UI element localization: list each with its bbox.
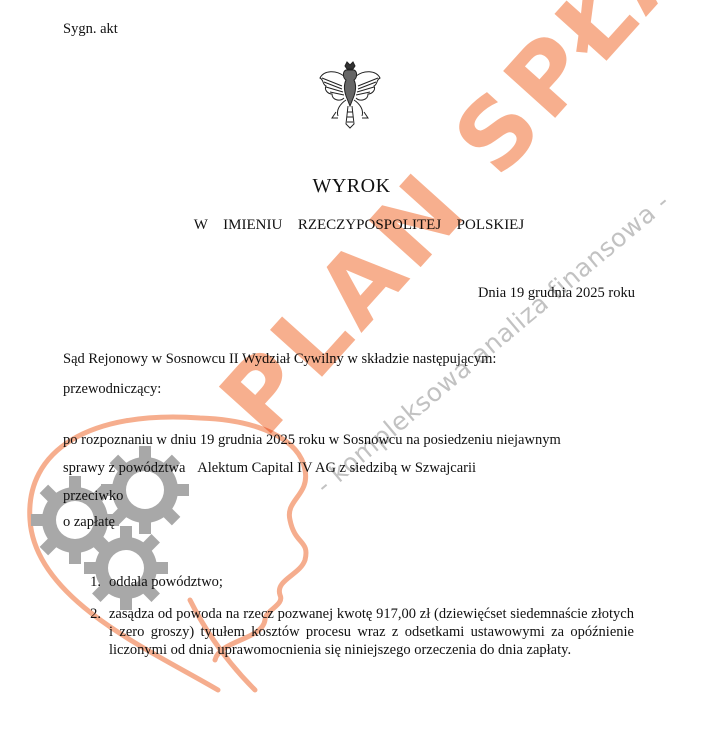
case-subject: o zapłatę: [63, 513, 115, 531]
ruling-text: zasądza od powoda na rzecz pozwanej kwot…: [109, 606, 634, 658]
case-number-label: Sygn. akt: [63, 20, 118, 38]
case-parties: sprawy z powództwa Alektum Capital IV AG…: [63, 459, 476, 477]
ruling-text: oddala powództwo;: [109, 574, 223, 590]
proceedings-line: po rozpoznaniu w dniu 19 grudnia 2025 ro…: [63, 431, 561, 449]
court-composition: Sąd Rejonowy w Sosnowcu II Wydział Cywil…: [63, 350, 496, 368]
ruling-number: 1.: [83, 573, 101, 591]
rulings-list: 1. oddala powództwo; 2. zasądza od powod…: [83, 573, 634, 659]
polish-eagle-emblem-icon: [316, 60, 384, 132]
against-label: przeciwko: [63, 487, 123, 505]
chair-label: przewodniczący:: [63, 380, 161, 398]
document-subtitle: W IMIENIU RZECZYPOSPOLITEJ POLSKIEJ: [0, 216, 703, 234]
ruling-item: 2. zasądza od powoda na rzecz pozwanej k…: [83, 605, 634, 659]
ruling-number: 2.: [83, 605, 101, 623]
plaintiff-name: Alektum Capital IV AG z siedzibą w Szwaj…: [197, 460, 476, 476]
document-title: WYROK: [0, 174, 703, 198]
document-page: PLAN SPŁATY - kompleksowa analiza finans…: [0, 0, 703, 730]
judgment-date: Dnia 19 grudnia 2025 roku: [478, 284, 635, 302]
ruling-item: 1. oddala powództwo;: [83, 573, 634, 591]
case-prefix: sprawy z powództwa: [63, 460, 185, 476]
